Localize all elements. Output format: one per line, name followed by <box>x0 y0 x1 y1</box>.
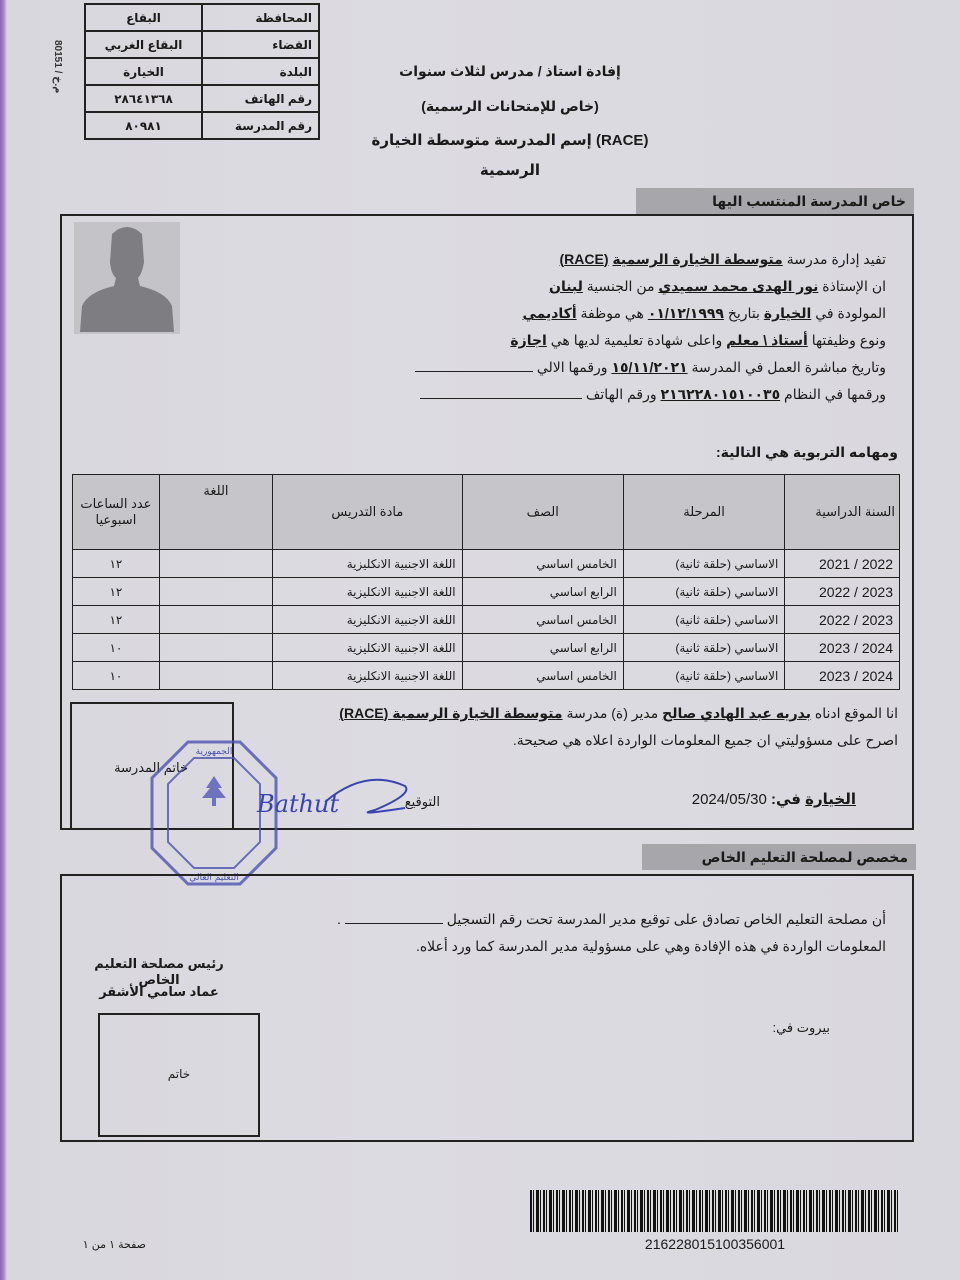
place-date: الخيارة في: 2024/05/30 <box>640 790 856 808</box>
document-title: إفادة استاذ / مدرس لثلاث سنوات (خاص للإم… <box>340 56 680 161</box>
beirut-date-label: بيروت في: <box>700 1020 830 1036</box>
signature-text: Bathut <box>256 790 340 818</box>
ministry-head-block: رئيس مصلحة التعليم الخاص عماد سامي الأشق… <box>84 956 234 1000</box>
tasks-table: السنة الدراسية المرحلة الصف مادة التدريس… <box>72 474 900 690</box>
svg-text:الجمهورية: الجمهورية <box>196 747 233 757</box>
declaration-date: 2024/05/30 <box>692 791 767 808</box>
title-line-2: (خاص للإمتحانات الرسمية) <box>340 91 680 126</box>
declaration-line-2: اصرح على مسؤوليتي ان جميع المعلومات الوا… <box>330 727 898 754</box>
info-row: القضاءالبقاع الغربي <box>85 31 319 58</box>
person-silhouette-icon <box>74 222 180 334</box>
statement-line-1: تفيد إدارة مدرسة متوسطة الخيارة الرسمية … <box>380 246 886 273</box>
school-section-header: خاص المدرسة المنتسب اليها <box>636 188 914 214</box>
ministry-stamp-label: خاتم <box>100 1067 258 1081</box>
registration-number-blank <box>345 909 443 924</box>
table-row: 2024 / 2023 الاساسي (حلقة ثانية) الخامس … <box>73 662 900 690</box>
auto-number-blank <box>415 357 533 372</box>
teacher-name: نور الهدى محمد سميدي <box>658 278 818 294</box>
birth-date: ٠١/١٢/١٩٩٩ <box>648 305 724 321</box>
statement-line-3: المولودة في الخيارة بتاريخ ٠١/١٢/١٩٩٩ هي… <box>380 300 886 327</box>
principal-declaration: انا الموقع ادناه بدريه عبد الهادي صالح م… <box>330 700 898 754</box>
barcode-number: 216228015100356001 <box>530 1236 900 1252</box>
table-row: 2023 / 2022 الاساسي (حلقة ثانية) الخامس … <box>73 606 900 634</box>
phone-blank <box>420 384 582 399</box>
title-line-3: (RACE) إسم المدرسة متوسطة الخيارة الرسمي… <box>340 126 680 161</box>
photo-placeholder <box>74 222 180 334</box>
tasks-label: ومهامه التربوية هي التالية: <box>600 444 898 461</box>
statement-line-5: وتاريخ مباشرة العمل في المدرسة ١٥/١١/٢٠٢… <box>380 354 886 381</box>
ministry-statement: أن مصلحة التعليم الخاص تصادق على توقيع م… <box>290 906 886 960</box>
declaration-line-1: انا الموقع ادناه بدريه عبد الهادي صالح م… <box>330 700 898 727</box>
start-date: ١٥/١١/٢٠٢١ <box>611 359 687 375</box>
table-row: 2022 / 2021 الاساسي (حلقة ثانية) الخامس … <box>73 550 900 578</box>
info-row: رقم المدرسة٨٠٩٨١ <box>85 112 319 139</box>
table-header-row: السنة الدراسية المرحلة الصف مادة التدريس… <box>73 475 900 550</box>
title-line-1: إفادة استاذ / مدرس لثلاث سنوات <box>340 56 680 91</box>
document-code: 80151 / م.خ <box>52 40 63 93</box>
system-number: ٢١٦٢٢٨٠١٥١٠٠٣٥ <box>661 386 781 402</box>
statement-line-4: ونوع وظيفتها أستاذ \ معلم واعلى شهادة تع… <box>380 327 886 354</box>
ministry-head-name: عماد سامي الأشقر <box>84 984 234 1000</box>
info-row: البلدةالخيارة <box>85 58 319 85</box>
table-row: 2023 / 2022 الاساسي (حلقة ثانية) الرابع … <box>73 578 900 606</box>
table-row: 2024 / 2023 الاساسي (حلقة ثانية) الرابع … <box>73 634 900 662</box>
ministry-line-1: أن مصلحة التعليم الخاص تصادق على توقيع م… <box>290 906 886 933</box>
ministry-stamp-box: خاتم <box>98 1013 260 1137</box>
ministry-section-header: مخصص لمصلحة التعليم الخاص <box>642 844 916 870</box>
info-row: رقم الهاتف٢٨٦٤١٣٦٨ <box>85 85 319 112</box>
page-number: صفحة ١ من ١ <box>40 1238 146 1251</box>
ministry-line-2: المعلومات الواردة في هذه الإفادة وهي على… <box>290 933 886 960</box>
statement-line-6: ورقمها في النظام ٢١٦٢٢٨٠١٥١٠٠٣٥ ورقم اله… <box>380 381 886 408</box>
ministry-head-title: رئيس مصلحة التعليم الخاص <box>84 956 234 984</box>
signature-icon: Bathut <box>255 772 415 820</box>
principal-name: بدريه عبد الهادي صالح <box>662 705 811 721</box>
info-row: المحافظةالبقاع <box>85 4 319 31</box>
statement-line-2: ان الإستاذة نور الهدى محمد سميدي من الجن… <box>380 273 886 300</box>
school-info-table: المحافظةالبقاع القضاءالبقاع الغربي البلد… <box>84 3 320 140</box>
school-statement: تفيد إدارة مدرسة متوسطة الخيارة الرسمية … <box>380 246 886 408</box>
barcode <box>530 1190 900 1232</box>
